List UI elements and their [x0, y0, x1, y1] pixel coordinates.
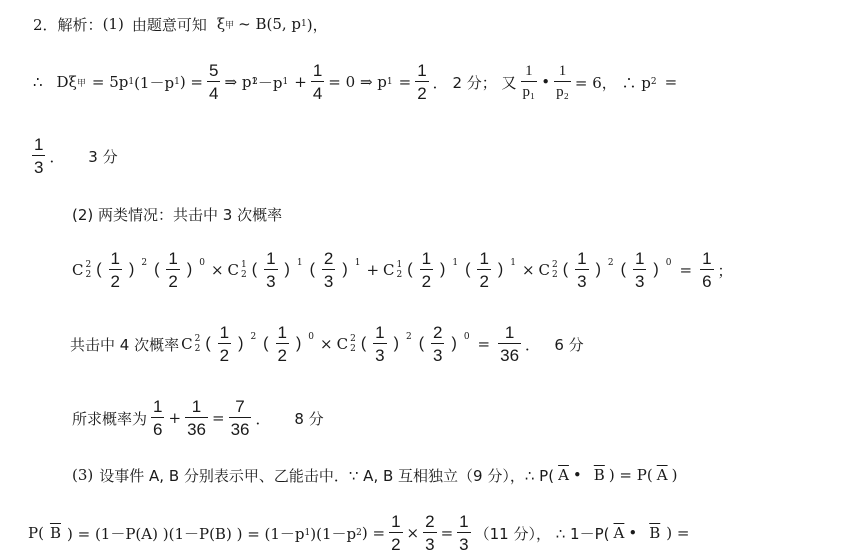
operator: ×	[320, 335, 333, 353]
parenthesized-fraction: (13)2	[358, 324, 416, 364]
parenthesized-fraction: (23)1	[307, 250, 365, 290]
eq-part: ) = P(	[609, 466, 653, 484]
line-5: C22(12)2(12)0×C12(13)1(23)1+C12(12)1(12)…	[70, 244, 733, 296]
sub: 2	[651, 77, 657, 87]
distribution: ~ B(5, p	[238, 15, 301, 33]
line-3: 13 ． 3 分	[28, 134, 118, 178]
xi-subscript: 甲	[225, 18, 234, 31]
eq-part: = 6， ∴ p	[575, 72, 651, 93]
parenthesized-fraction: (12)1	[404, 250, 462, 290]
parenthesized-fraction: (12)0	[260, 324, 318, 364]
combination: C12	[228, 260, 247, 280]
score-text: （11 分）， ∴ 1－P(	[475, 523, 610, 544]
line-end: ；	[718, 260, 733, 281]
variance-subscript: 甲	[77, 76, 86, 89]
eq: =	[478, 335, 491, 353]
sub: 1	[387, 77, 393, 87]
operator: ×	[522, 261, 535, 279]
parenthesized-fraction: (13)2	[560, 250, 618, 290]
statement-text: 由题意可知	[132, 14, 207, 35]
line-2: ∴ Dξ 甲 = 5p1 (1－p1 ) = 54 ⇒ p12 －p1 + 14…	[33, 54, 677, 110]
line-4: (2) 两类情况：共击中 3 次概率	[72, 202, 282, 226]
fraction: 13	[457, 513, 470, 553]
eq-part: ) = (1－P(A) )(1－P(B) ) = (1－p	[67, 523, 305, 544]
parenthesized-fraction: (12)2	[93, 250, 151, 290]
xi-symbol: ξ	[217, 15, 225, 33]
parenthesized-fraction: (12)2	[202, 324, 260, 364]
line-6: 共击中 4 次概率 C22(12)2(12)0×C22(13)2(23)0=13…	[70, 318, 584, 370]
combination: C22	[539, 260, 558, 280]
total-probability-label: 所求概率为	[72, 408, 147, 429]
result-fraction: 16	[700, 250, 713, 290]
fraction: 136	[185, 398, 208, 438]
distribution-end: )，	[307, 14, 328, 35]
a-complement: A	[657, 466, 668, 484]
fraction: 16	[151, 398, 164, 438]
fraction: 13	[32, 136, 45, 176]
line-end: ． 6 分	[525, 334, 584, 355]
part-3-text: 设事件 A, B 分别表示甲、乙能击中．∵ A, B 互相独立（9 分），∴ P…	[99, 465, 554, 486]
eq: =	[441, 524, 454, 542]
dot: •	[541, 73, 550, 91]
eq-part: = 0 ⇒ p	[328, 73, 387, 91]
parenthesized-fraction: (12)1	[462, 250, 520, 290]
eq-part: (1－p	[134, 72, 174, 93]
parenthesized-fraction: (13)1	[249, 250, 307, 290]
combination: C22	[337, 334, 356, 354]
sub: 1	[283, 77, 289, 87]
problem-number: 2．	[33, 14, 58, 35]
operator: ×	[211, 261, 224, 279]
combination: C12	[383, 260, 402, 280]
fraction: 12	[389, 513, 402, 553]
score-text: ． 8 分	[255, 408, 323, 429]
plus: +	[168, 409, 181, 427]
eq-part: P(	[28, 524, 44, 542]
eq-part: ) =	[666, 524, 689, 542]
combination: C22	[72, 260, 91, 280]
eq-part: )	[672, 466, 678, 484]
result-fraction: 136	[498, 324, 521, 364]
four-hits-label: 共击中 4 次概率	[70, 334, 179, 355]
eq: =	[679, 261, 692, 279]
b-complement: B	[649, 524, 660, 542]
parenthesized-fraction: (12)0	[151, 250, 209, 290]
a-complement: A	[558, 466, 569, 484]
line-9: P( B ) = (1－P(A) )(1－P(B) ) = (1－p1 )(1－…	[28, 508, 689, 558]
eq: =	[399, 73, 412, 91]
eq-part: ) =	[180, 73, 203, 91]
variance-symbol: Dξ	[57, 73, 77, 91]
part-2-heading: (2) 两类情况：共击中 3 次概率	[72, 204, 282, 225]
eq-part: )(1－p	[310, 523, 356, 544]
b-complement: B	[50, 524, 61, 542]
line-8: (3) 设事件 A, B 分别表示甲、乙能击中．∵ A, B 互相独立（9 分）…	[72, 461, 677, 489]
fraction: 1p₁	[521, 64, 538, 100]
dot: •	[628, 524, 637, 542]
score-text: ． 2 分； 又	[433, 72, 517, 93]
parenthesized-fraction: (13)0	[618, 250, 676, 290]
eq-part: ) =	[362, 524, 385, 542]
fraction: 14	[311, 62, 324, 102]
times: ×	[407, 524, 420, 542]
part-label: (3)	[72, 466, 93, 484]
fraction: 54	[207, 62, 220, 102]
eq: =	[665, 73, 678, 91]
fraction: 736	[229, 398, 252, 438]
a-complement: A	[614, 524, 625, 542]
score-text: ． 3 分	[49, 146, 117, 167]
fraction: 1p₂	[554, 64, 571, 100]
fraction: 12	[415, 62, 428, 102]
implies: ⇒ p	[224, 73, 251, 91]
dot: •	[573, 466, 582, 484]
line-1: 2． 解析： (1) 由题意可知 ξ 甲 ~ B(5, p 1 )，	[33, 12, 328, 36]
combination: C22	[181, 334, 200, 354]
plus: +	[294, 73, 307, 91]
part-label: (1)	[103, 15, 124, 33]
analysis-label: 解析：	[58, 14, 103, 35]
eq-part: －p	[258, 72, 283, 93]
eq: =	[212, 409, 225, 427]
parenthesized-fraction: (23)0	[416, 324, 474, 364]
line-7: 所求概率为 16 + 136 = 736 ． 8 分	[72, 392, 324, 444]
operator: +	[366, 261, 379, 279]
therefore-symbol: ∴	[33, 73, 43, 91]
eq-part: = 5p	[92, 73, 128, 91]
fraction: 23	[423, 513, 436, 553]
b-complement: B	[594, 466, 605, 484]
